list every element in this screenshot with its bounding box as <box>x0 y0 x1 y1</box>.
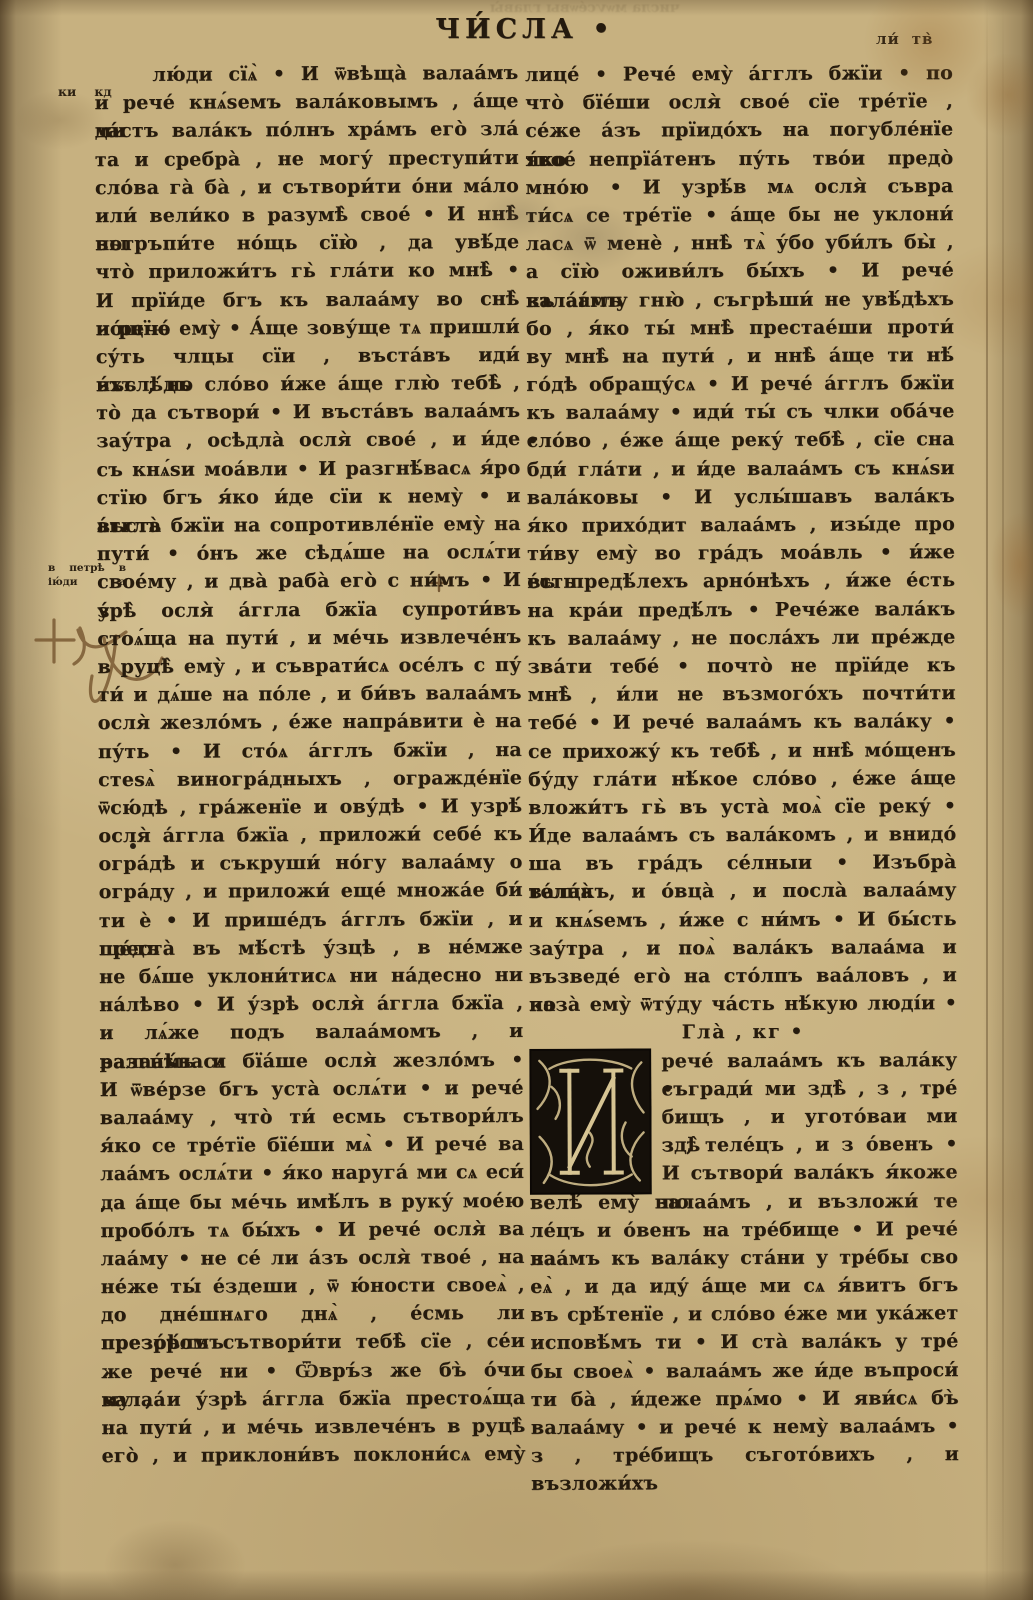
text-line: я́ко прихо́дит валаа́мъ , изы́де про <box>527 510 955 540</box>
page-title: ЧИ́СЛА • <box>395 14 655 45</box>
text-line: валаа́му , что̀ ти́ есмь сътвори́лъ <box>100 1102 524 1132</box>
page-curl-crease <box>986 0 988 1600</box>
text-column-right: лице́ • Рече́ ему̀ а́гглъ бжїи • почто̀ … <box>525 59 959 1470</box>
text-line: мнѣ̀ , и́ли не възмого́хъ почти́ти <box>528 679 956 709</box>
text-line: възведе́ его̀ на сто́лпъ ваа́ловъ , и по <box>529 961 957 991</box>
text-line: ша въ гра́дъ се́лныи • Изъбра̀ вала́къ <box>528 848 956 878</box>
text-line: стїю бгъ я́ко и́де сїи к нему̀ • и въста… <box>97 482 521 512</box>
text-line: осля̀ жезло́мъ , е́же напра́вити ѐ на <box>98 707 522 737</box>
text-line: стоѧ́ща на пути́ , и ме́чь извлече́нъ <box>97 623 521 653</box>
text-line: И прїи́де бгъ къ валаа́му во снѣ̀ но́щїю <box>95 284 519 314</box>
text-line: свое́му , и два̀ раба̀ его̀ с ни́мъ • И … <box>97 566 521 596</box>
text-line: бу́ду гла́ти нѣ́кое сло́во , е́же а́ще <box>528 764 956 794</box>
text-line: су́ть члцы сїи , въста́въ иди́ въслѣ́дъ <box>96 341 520 371</box>
text-line: валаа́му • и рече́ к нему̀ валаа́мъ • <box>531 1412 959 1442</box>
text-line: лице́ • Рече́ ему̀ а́гглъ бжїи • по <box>525 59 953 89</box>
text-line: и кнѧ́ѕемъ , и́же с ни́мъ • И бы́сть <box>529 905 957 935</box>
text-line: ѿсю́дѣ , гра́женїе и ову́дѣ • И узрѣ́ <box>98 792 522 822</box>
text-line: презрѣ́лъ сътвори́ти тебѣ̀ сїе , се́и <box>101 1327 525 1357</box>
text-line: се прихожу́ къ тебѣ̀ , и ннѣ̀ мо́щенъ <box>528 736 956 766</box>
text-line: вала́ковы • И услы́шавъ вала́къ <box>527 482 955 512</box>
text-line: на кра́и предѣ́лъ • Рече́же вала́къ <box>527 595 955 625</box>
text-line: бо , я́ко ты́ мнѣ̀ престае́ши проти́ <box>526 313 954 343</box>
text-line: до дне́шнѧго днѧ̀ , е́смь ли презо́ромъ <box>101 1299 525 1329</box>
text-line: къ валаа́му • иди́ ты́ съ члки оба́че • <box>526 397 954 427</box>
text-line: сло́во , е́же а́ще реку́ тебѣ̀ , сїе сна <box>527 426 955 456</box>
text-line: каза̀ ему̀ ѿту́ду ча́сть нѣ́кую люді́и • <box>529 989 957 1019</box>
text-line: з , тре́бищъ съгото́вихъ , и възложи́хъ <box>531 1440 959 1470</box>
text-line: на́лѣво • И у́зрѣ осля̀ а́ггла бжїа , <box>99 989 523 1019</box>
text-line: ти́сѧ се тре́тїе • а́ще бы не уклони́ <box>526 200 954 230</box>
text-line: и рече́ кнѧ́ѕемъ вала́ковымъ , а́ще ми <box>94 87 518 117</box>
text-line: ву мнѣ̀ на пути́ , и ннѣ̀ а́ще ти нѣ́ <box>526 341 954 371</box>
text-line: лаа́му • не се́ ли а́зъ осля̀ твое́ , на <box>101 1243 525 1273</box>
text-line: я́ко непрїа́тенъ пу́ть тво́и предо̀ <box>525 144 953 174</box>
text-line: рече́ валаа́мъ къ вала́ку • <box>661 1046 957 1075</box>
text-line: да а́ще бы ме́чь имѣ́лъ в руку́ мое́ю <box>100 1186 524 1216</box>
text-line: бы своеѧ̀ • валаа́мъ же и́де въпроси́ <box>531 1356 959 1386</box>
text-line: го́дѣ обращу́сѧ • И рече́ а́гглъ бжїи <box>526 369 954 399</box>
text-line: съ кнѧ́ѕи моа́вли • И разгнѣ́васѧ я́ро <box>96 454 520 484</box>
text-line: з , теле́цъ , и з о́венъ • <box>662 1130 958 1159</box>
text-line: И́де валаа́мъ съ вала́комъ , и внидо́ <box>528 820 956 850</box>
text-line: зрѣ̀ осля̀ а́ггла бжїа супроти́въ <box>97 594 521 624</box>
text-line: и рече́ ему̀ • А́ще зову́ще тѧ пришли́ <box>96 313 520 343</box>
text-line: пробо́лъ тѧ бы́хъ • И рече́ осля̀ ва <box>100 1215 524 1245</box>
column-upper-text: лице́ • Рече́ ему̀ а́гглъ бжїи • почто̀ … <box>525 59 957 1019</box>
initial-paragraph-text: рече́ валаа́мъ къ вала́ку •съгради́ ми з… <box>661 1046 958 1188</box>
text-line: пути́ • о́нъ же сѣдѧ́ше на ослѧ́ти <box>97 538 521 568</box>
text-line: что̀ бїе́ши осля̀ свое́ сїе тре́тїе , <box>525 87 953 117</box>
text-line: къ а́гглу гню̀ , съгрѣши́ не увѣ́дѣхъ <box>526 285 954 315</box>
margin-ref-1: ки <box>58 84 76 99</box>
text-column-left: лю́ди сїѧ̀ • И ѿвѣща̀ валаа́мъи рече́ кн… <box>94 59 525 1471</box>
text-line: валаа́мъ и бїа́ше осля̀ жезло́мъ • <box>99 1045 523 1075</box>
text-line: лаа́мъ ослѧ́ти • я́ко наруга́ ми сѧ еси́… <box>100 1158 524 1188</box>
text-line: не бѧ́ше уклони́тисѧ ни на́десно ни <box>99 961 523 991</box>
text-line: или́ вели́ко в разумѣ̀ свое́ • И ннѣ̀ вы <box>95 200 519 230</box>
text-line: а́гглъ бжїи на сопротивле́нїе ему̀ на <box>97 510 521 540</box>
folio-token-2: тв̀ <box>912 30 934 48</box>
paragraph-continuation-text: велѣ́ ему̀ валаа́мъ , и възложи́ теле́цъ… <box>530 1187 959 1471</box>
text-line: то̀ да сътвори́ • И въста́въ валаа́мъ <box>96 397 520 427</box>
text-line: ле́цъ и о́венъ на тре́бище • И рече́ ва <box>530 1215 958 1245</box>
text-line: да́стъ вала́къ по́лнъ хра́мъ его̀ зла́ <box>95 115 519 145</box>
text-line: въ предѣ́лехъ арно́нѣхъ , и́же е́сть <box>527 566 955 596</box>
text-line: ти́ и дѧ́ше на по́ле , и би́въ валаа́мъ <box>98 679 522 709</box>
text-line: И ѿве́рзе бгъ уста̀ ослѧ́ти • и рече́ <box>100 1074 524 1104</box>
page-curl-crease <box>1002 0 1004 1600</box>
text-line: бди́ гла́ти , и и́де валаа́мъ съ кнѧ́ѕи <box>527 454 955 484</box>
text-line: огра́дѣ и съкруши́ но́гу валаа́му о <box>98 848 522 878</box>
decorative-initial-woodcut <box>529 1048 652 1195</box>
text-line: огра́ду , и приложи́ еще́ множа́е би́ <box>99 876 523 906</box>
chapter-heading: Гла̀ , кг • <box>529 1017 957 1047</box>
text-line: и лѧ́же подъ валаа́момъ , и разгнѣ́васѧ <box>99 1017 523 1047</box>
text-line: вложи́тъ гь̀ въ уста̀ моѧ̀ сїе реку́ • <box>528 792 956 822</box>
text-line: а сїю̀ оживи́лъ бы́хъ • И рече́ валаа́мъ <box>526 256 954 286</box>
text-line: не́же ты́ е́здеши , ѿ ю́ности своеѧ̀ , <box>101 1271 525 1301</box>
text-line: ти́ву ему̀ во гра́дъ моа́вль • и́же е́ст… <box>527 538 955 568</box>
text-line: та и сребра̀ , не могу́ преступи́ти <box>95 143 519 173</box>
text-line: осля̀ а́ггла бжїа , приложи́ себе́ къ <box>98 820 522 850</box>
text-line: се́же а́зъ прїидо́хъ на погубле́нїе твое… <box>525 115 953 145</box>
text-line: на пути́ , и ме́чь извлече́нъ в руцѣ̀ <box>101 1412 525 1442</box>
text-line: къ валаа́му , не посла́хъ ли пре́жде <box>527 623 955 653</box>
text-line: еѧ̀ , и да иду́ а́ще ми сѧ я́витъ бгъ <box>530 1271 958 1301</box>
text-line: его̀ , и приклони́въ поклони́сѧ ему̀ <box>102 1440 526 1470</box>
text-line: му , и у́зрѣ а́ггла бжїа престоѧ́ща <box>101 1384 525 1414</box>
text-line: ласѧ ѿ менѐ , ннѣ̀ тѧ̀ у́бо уби́лъ бы̀ , <box>526 228 954 258</box>
text-line: сло́ва га̀ ба̀ , и сътвори́ти о́ни ма́ло <box>95 172 519 202</box>
text-line: же рече́ ни • Ѿвръ́з же бъ̀ о́чи валаа́ <box>101 1356 525 1386</box>
text-line: и́хъ , но сло́во и́же а́ще глю̀ тебѣ̀ , <box>96 369 520 399</box>
text-line: я́ко се тре́тїе бїе́ши мѧ̀ • И рече́ ва <box>100 1130 524 1160</box>
text-line: лаа́мъ къ вала́ку ста́ни у тре́бы сво <box>530 1243 958 1273</box>
folio-token-1: ли́ <box>876 30 900 48</box>
text-line: И сътвори́ вала́къ я́коже по <box>662 1158 958 1187</box>
text-line: исповѣ́мъ ти • И ста̀ вала́къ у тре́ <box>530 1327 958 1357</box>
text-line: лю́ди сїѧ̀ • И ѿвѣща̀ валаа́мъ <box>94 59 518 89</box>
scanned-book-page: числа мѡѵсе́ѡвы главы̀ ЧИ́СЛА • ли́тв̀ к… <box>0 0 1033 1600</box>
text-line: потръпи́те но́щь сїю̀ , да увѣ́де <box>95 228 519 258</box>
text-line: тебе́ • И рече́ валаа́мъ къ вала́ку • <box>528 707 956 737</box>
text-line: зау́тра , осѣдла̀ осля̀ свое́ , и и́де <box>96 425 520 455</box>
text-line: преста̀ въ мѣ́стѣ у́зцѣ , в не́мже <box>99 933 523 963</box>
text-line: въ срѣ́тенїе , и сло́во е́же ми ука́жет <box>530 1299 958 1329</box>
text-line: те́лца̀ , и о́вца̀ , и посла̀ валаа́му <box>528 877 956 907</box>
text-line: мно́ю • И узрѣ́в мѧ осля̀ съвра <box>525 172 953 202</box>
text-line: что̀ приложи́тъ гь̀ гла́ти ко мнѣ̀ • <box>95 256 519 286</box>
text-line: зва́ти тебе́ • почто̀ не прїи́де къ <box>528 651 956 681</box>
text-line: ти ба̀ , и́деже прѧ́мо • И яви́сѧ бъ̀ <box>531 1384 959 1414</box>
text-line: в руцѣ̀ ему̀ , и съврати́сѧ осе́лъ с пу́ <box>97 651 521 681</box>
text-line: зау́тра , и поѧ̀ вала́къ валаа́ма и <box>529 933 957 963</box>
text-line: съгради́ ми здѣ̀ , з , тре́ <box>661 1074 957 1103</box>
text-line: бищъ , и угото́ваи ми здѣ̀ <box>661 1102 957 1131</box>
text-line: ти ѐ • И прише́дъ а́гглъ бжїи , и ше́дъ <box>99 905 523 935</box>
text-line: пу́ть • И сто́ѧ а́гглъ бжїи , на <box>98 735 522 765</box>
text-line: стеѕѧ̀ виногра́дныхъ , огражде́нїе <box>98 764 522 794</box>
